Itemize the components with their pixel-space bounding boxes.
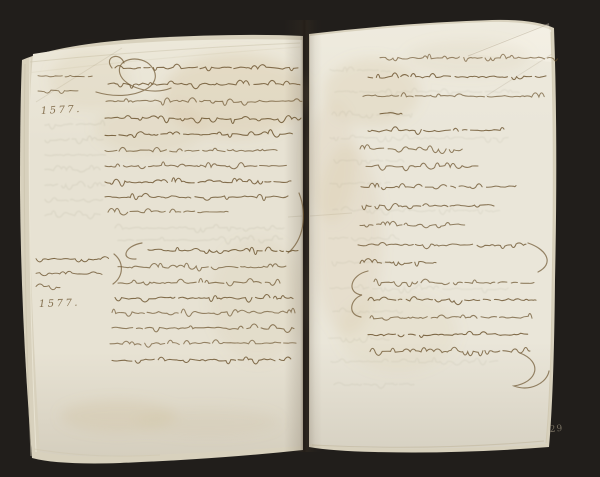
folio-number: 29 <box>549 424 563 435</box>
manuscript-photograph: 1577. 1577. 29 <box>0 0 600 477</box>
margin-note-1-year: 1577. <box>41 104 83 117</box>
gutter-shadow <box>284 20 322 452</box>
book: 1577. 1577. 29 <box>20 20 564 464</box>
margin-note-2-year: 1577. <box>39 298 80 310</box>
manuscript-scene: 1577. 1577. 29 <box>0 0 600 477</box>
